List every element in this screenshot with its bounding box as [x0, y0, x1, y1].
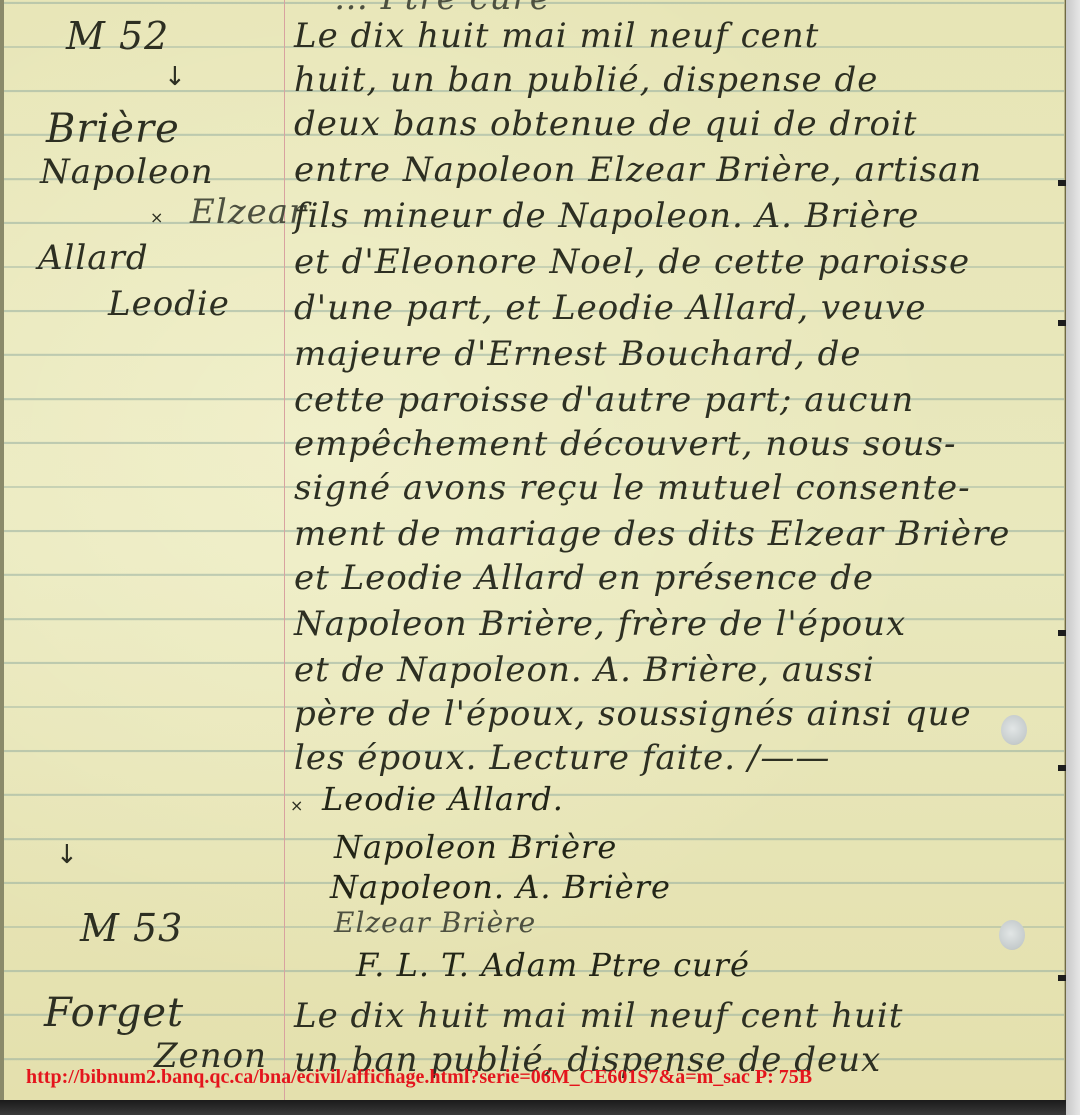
body-line: ment de mariage des dits Elzear Brière	[294, 514, 1010, 554]
margin-surname-groom: Brière	[46, 106, 180, 152]
body-line: deux bans obtenue de qui de droit	[294, 104, 917, 144]
margin-given-groom-2: Elzear	[190, 192, 306, 232]
cross-mark-icon: ×	[150, 208, 163, 227]
body-line: Napoleon Brière, frère de l'époux	[294, 604, 906, 644]
scan-border-bottom	[0, 1100, 1066, 1115]
entry-number: M 52	[66, 14, 169, 58]
signature: Napoleon. A. Brière	[330, 868, 671, 906]
body-line: signé avons reçu le mutuel consente-	[294, 468, 971, 508]
signature: Leodie Allard.	[322, 780, 564, 818]
punch-hole	[999, 920, 1025, 950]
cross-mark-icon: ×	[290, 796, 303, 815]
body-line: et de Napoleon. A. Brière, aussi	[294, 650, 875, 690]
body-line: fils mineur de Napoleon. A. Brière	[294, 196, 919, 236]
margin-given-groom-1: Napoleon	[40, 152, 214, 192]
body-line: cette paroisse d'autre part; aucun	[294, 380, 914, 420]
margin-surname-bride: Allard	[38, 238, 149, 278]
body-line: et Leodie Allard en présence de	[294, 558, 874, 598]
body-line: les époux. Lecture faite. /——	[294, 738, 830, 778]
source-url[interactable]: http://bibnum2.banq.qc.ca/bna/ecivil/aff…	[26, 1066, 812, 1089]
margin-rule	[284, 0, 285, 1100]
margin-given-bride: Leodie	[108, 284, 230, 324]
signature: Elzear Brière	[334, 906, 536, 939]
body-line: et d'Eleonore Noel, de cette paroisse	[294, 242, 970, 282]
register-page: … Ptre curé M 52 ↓ Brière Napoleon × Elz…	[0, 0, 1066, 1100]
body-line: majeure d'Ernest Bouchard, de	[294, 334, 861, 374]
body-line: huit, un ban publié, dispense de	[294, 60, 878, 100]
signature-priest: F. L. T. Adam Ptre curé	[356, 946, 750, 984]
arrow-down-icon: ↓	[56, 840, 78, 870]
body-line: d'une part, et Leodie Allard, veuve	[294, 288, 927, 328]
body-line: Le dix huit mai mil neuf cent	[294, 16, 819, 56]
signature: Napoleon Brière	[334, 828, 617, 866]
punch-hole	[1001, 715, 1027, 745]
scan-border-right	[1066, 0, 1080, 1115]
body-line: empêchement découvert, nous sous-	[294, 424, 956, 464]
entry-number: M 53	[80, 906, 183, 950]
arrow-down-icon: ↓	[164, 62, 186, 92]
body-line: père de l'époux, soussignés ainsi que	[294, 694, 972, 734]
margin-surname: Forget	[44, 990, 184, 1036]
body-line: Le dix huit mai mil neuf cent huit	[294, 996, 903, 1036]
body-line: entre Napoleon Elzear Brière, artisan	[294, 150, 982, 190]
